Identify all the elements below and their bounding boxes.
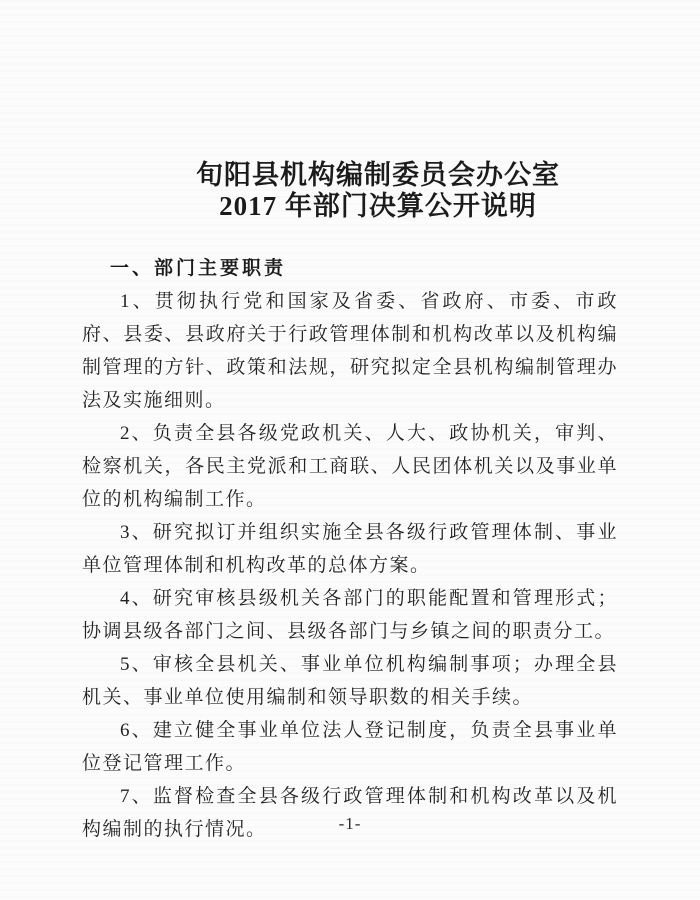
- paragraph-5: 5、审核全县机关、事业单位机构编制事项；办理全县机关、事业单位使用编制和领导职数…: [82, 648, 618, 714]
- paragraph-1: 1、贯彻执行党和国家及省委、省政府、市委、市政府、县委、县政府关于行政管理体制和…: [82, 285, 618, 417]
- document-body: 1、贯彻执行党和国家及省委、省政府、市委、市政府、县委、县政府关于行政管理体制和…: [82, 285, 618, 846]
- paragraph-3: 3、研究拟订并组织实施全县各级行政管理体制、事业单位管理体制和机构改革的总体方案…: [82, 516, 618, 582]
- document-title-line-1: 旬阳县机构编制委员会办公室: [110, 160, 646, 191]
- paragraph-6: 6、建立健全事业单位法人登记制度，负责全县事业单位登记管理工作。: [82, 714, 618, 780]
- document-page: 旬阳县机构编制委员会办公室 2017 年部门决算公开说明 一、部门主要职责 1、…: [0, 0, 700, 900]
- document-title-line-2: 2017 年部门决算公开说明: [110, 191, 646, 222]
- paragraph-4: 4、研究审核县级机关各部门的职能配置和管理形式；协调县级各部门之间、县级各部门与…: [82, 582, 618, 648]
- paragraph-7: 7、监督检查全县各级行政管理体制和机构改革以及机构编制的执行情况。: [82, 780, 618, 846]
- document-title: 旬阳县机构编制委员会办公室 2017 年部门决算公开说明: [110, 160, 646, 222]
- page-number: -1-: [0, 814, 700, 834]
- section-heading: 一、部门主要职责: [82, 252, 618, 285]
- paragraph-2: 2、负责全县各级党政机关、人大、政协机关，审判、检察机关，各民主党派和工商联、人…: [82, 417, 618, 516]
